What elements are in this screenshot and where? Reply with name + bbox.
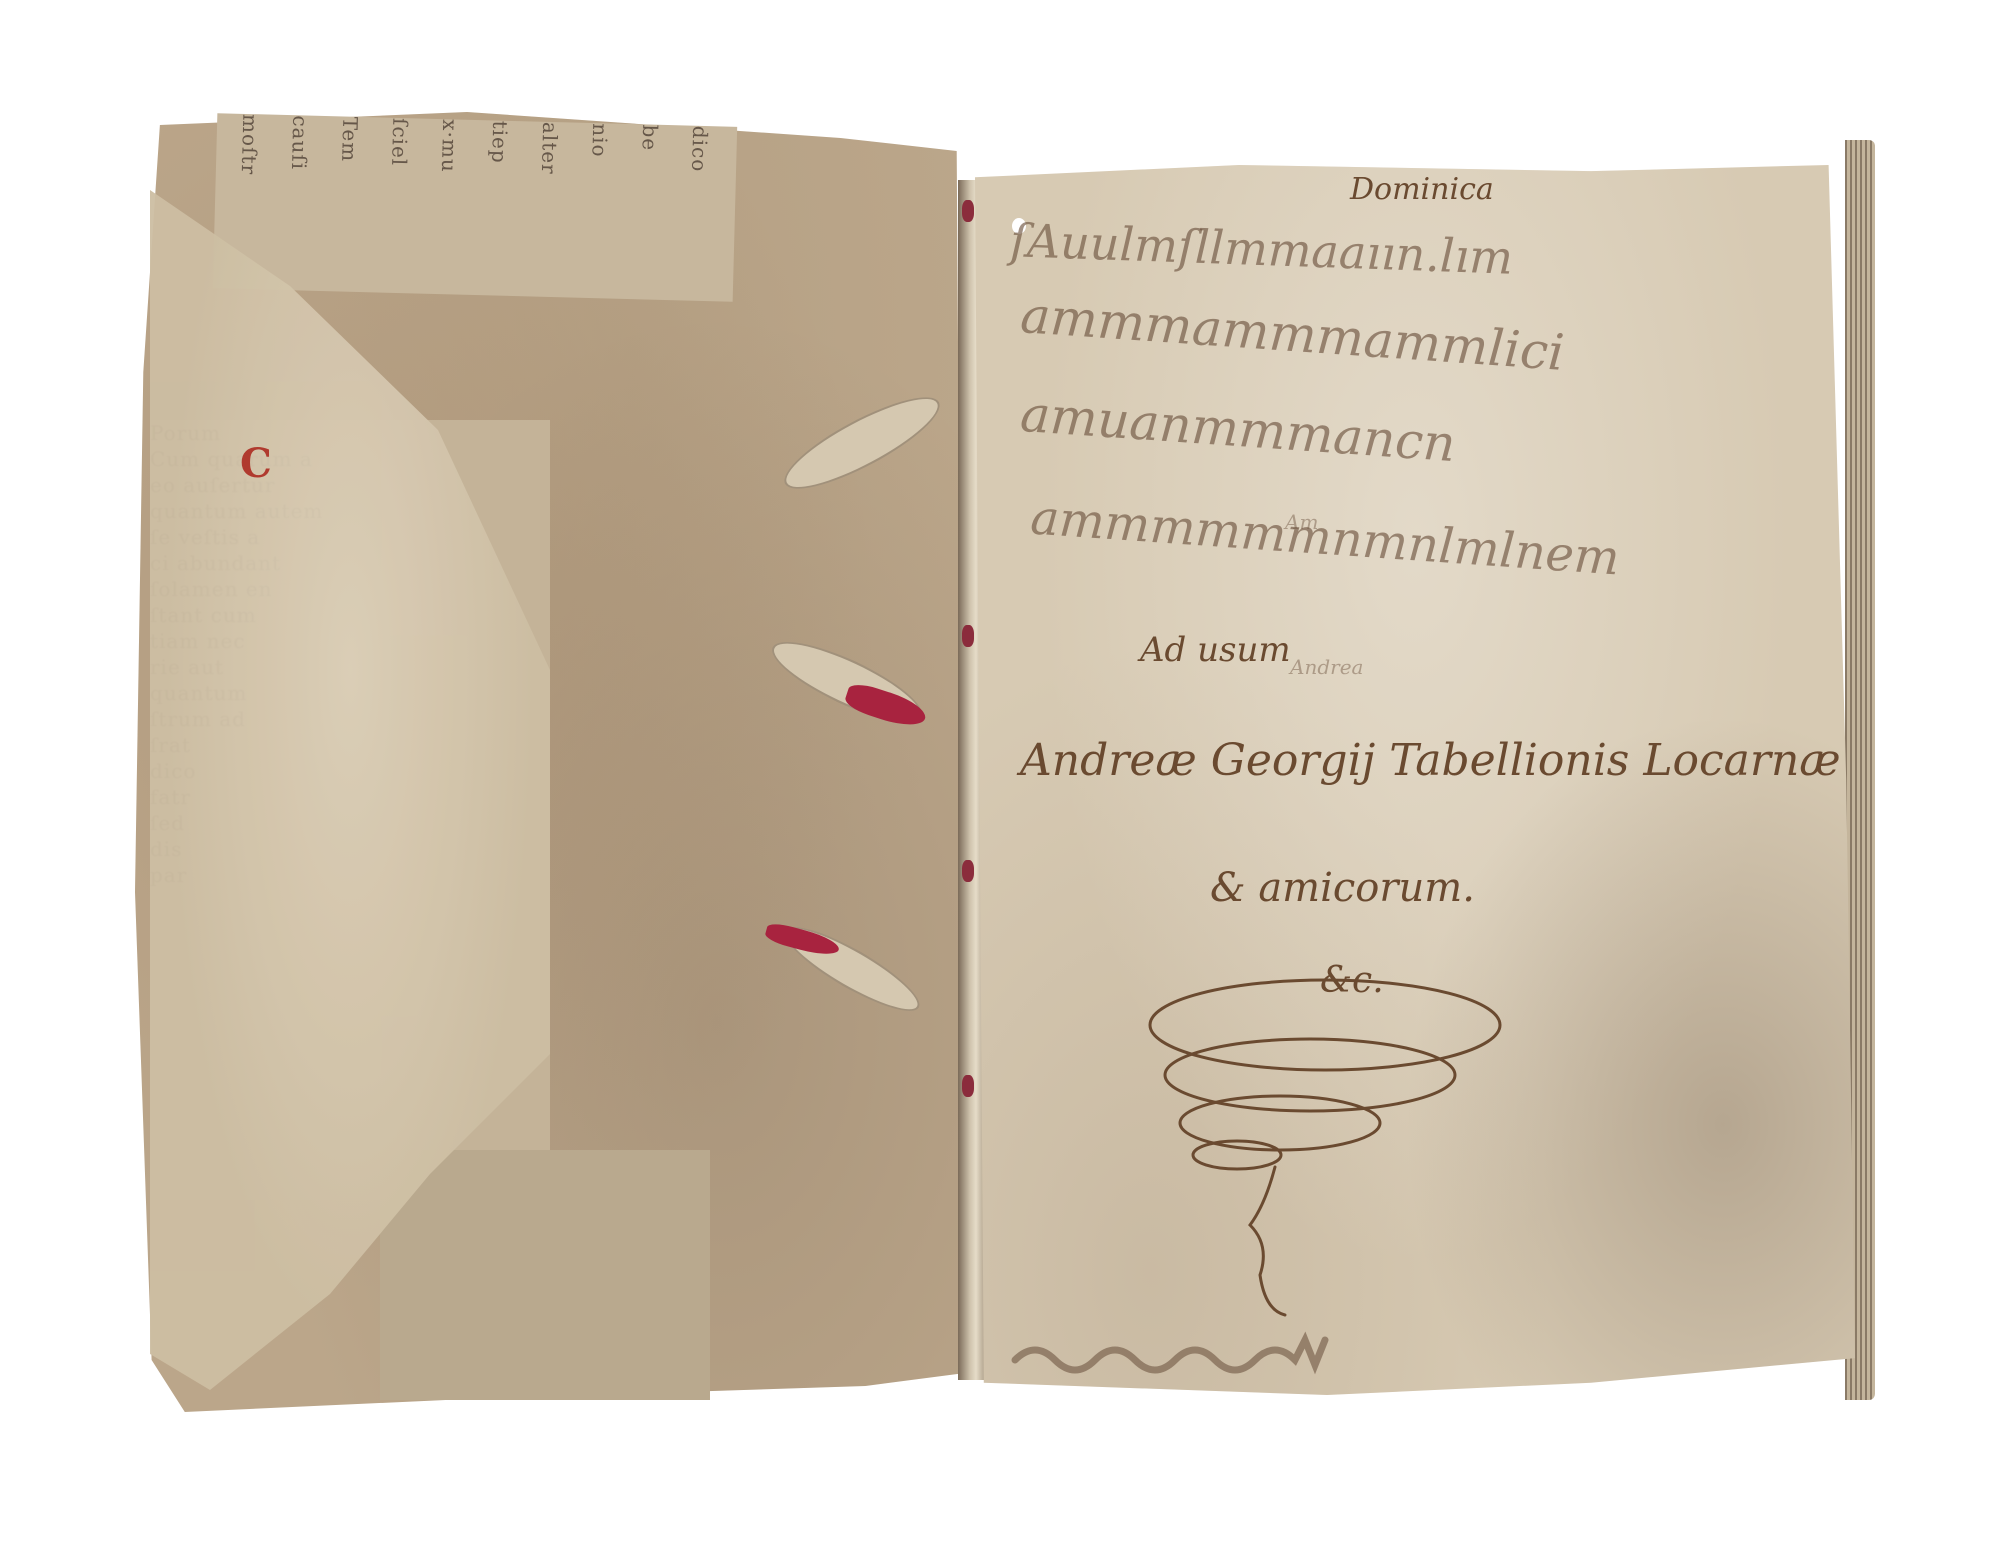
printed-column: nio [586,123,613,158]
printed-waste-fragment-bottom [380,1150,710,1400]
printed-column: dico [686,126,713,173]
printed-column: tiep [486,120,513,164]
sewing-stitch [962,1075,974,1097]
sewing-stitch [962,860,974,882]
spiral-flourish-icon [975,165,1855,1395]
printed-column: Tem [336,116,363,162]
printed-column: moſtr [236,114,264,176]
printed-waste-fragment-top: moſtr cauſi Tem ſciel x·mu tiep alter ni… [213,113,737,302]
printed-column: alter [536,122,563,175]
sewing-stitch [962,200,974,222]
printed-column: x·mu [436,119,463,173]
red-drop-initial: C [240,440,272,487]
printed-column: ſciel [386,118,413,167]
printed-column: be [637,124,664,151]
open-book: moſtr cauſi Tem ſciel x·mu tiep alter ni… [0,0,2000,1542]
printed-column: cauſi [286,115,313,170]
sewing-stitch [962,625,974,647]
